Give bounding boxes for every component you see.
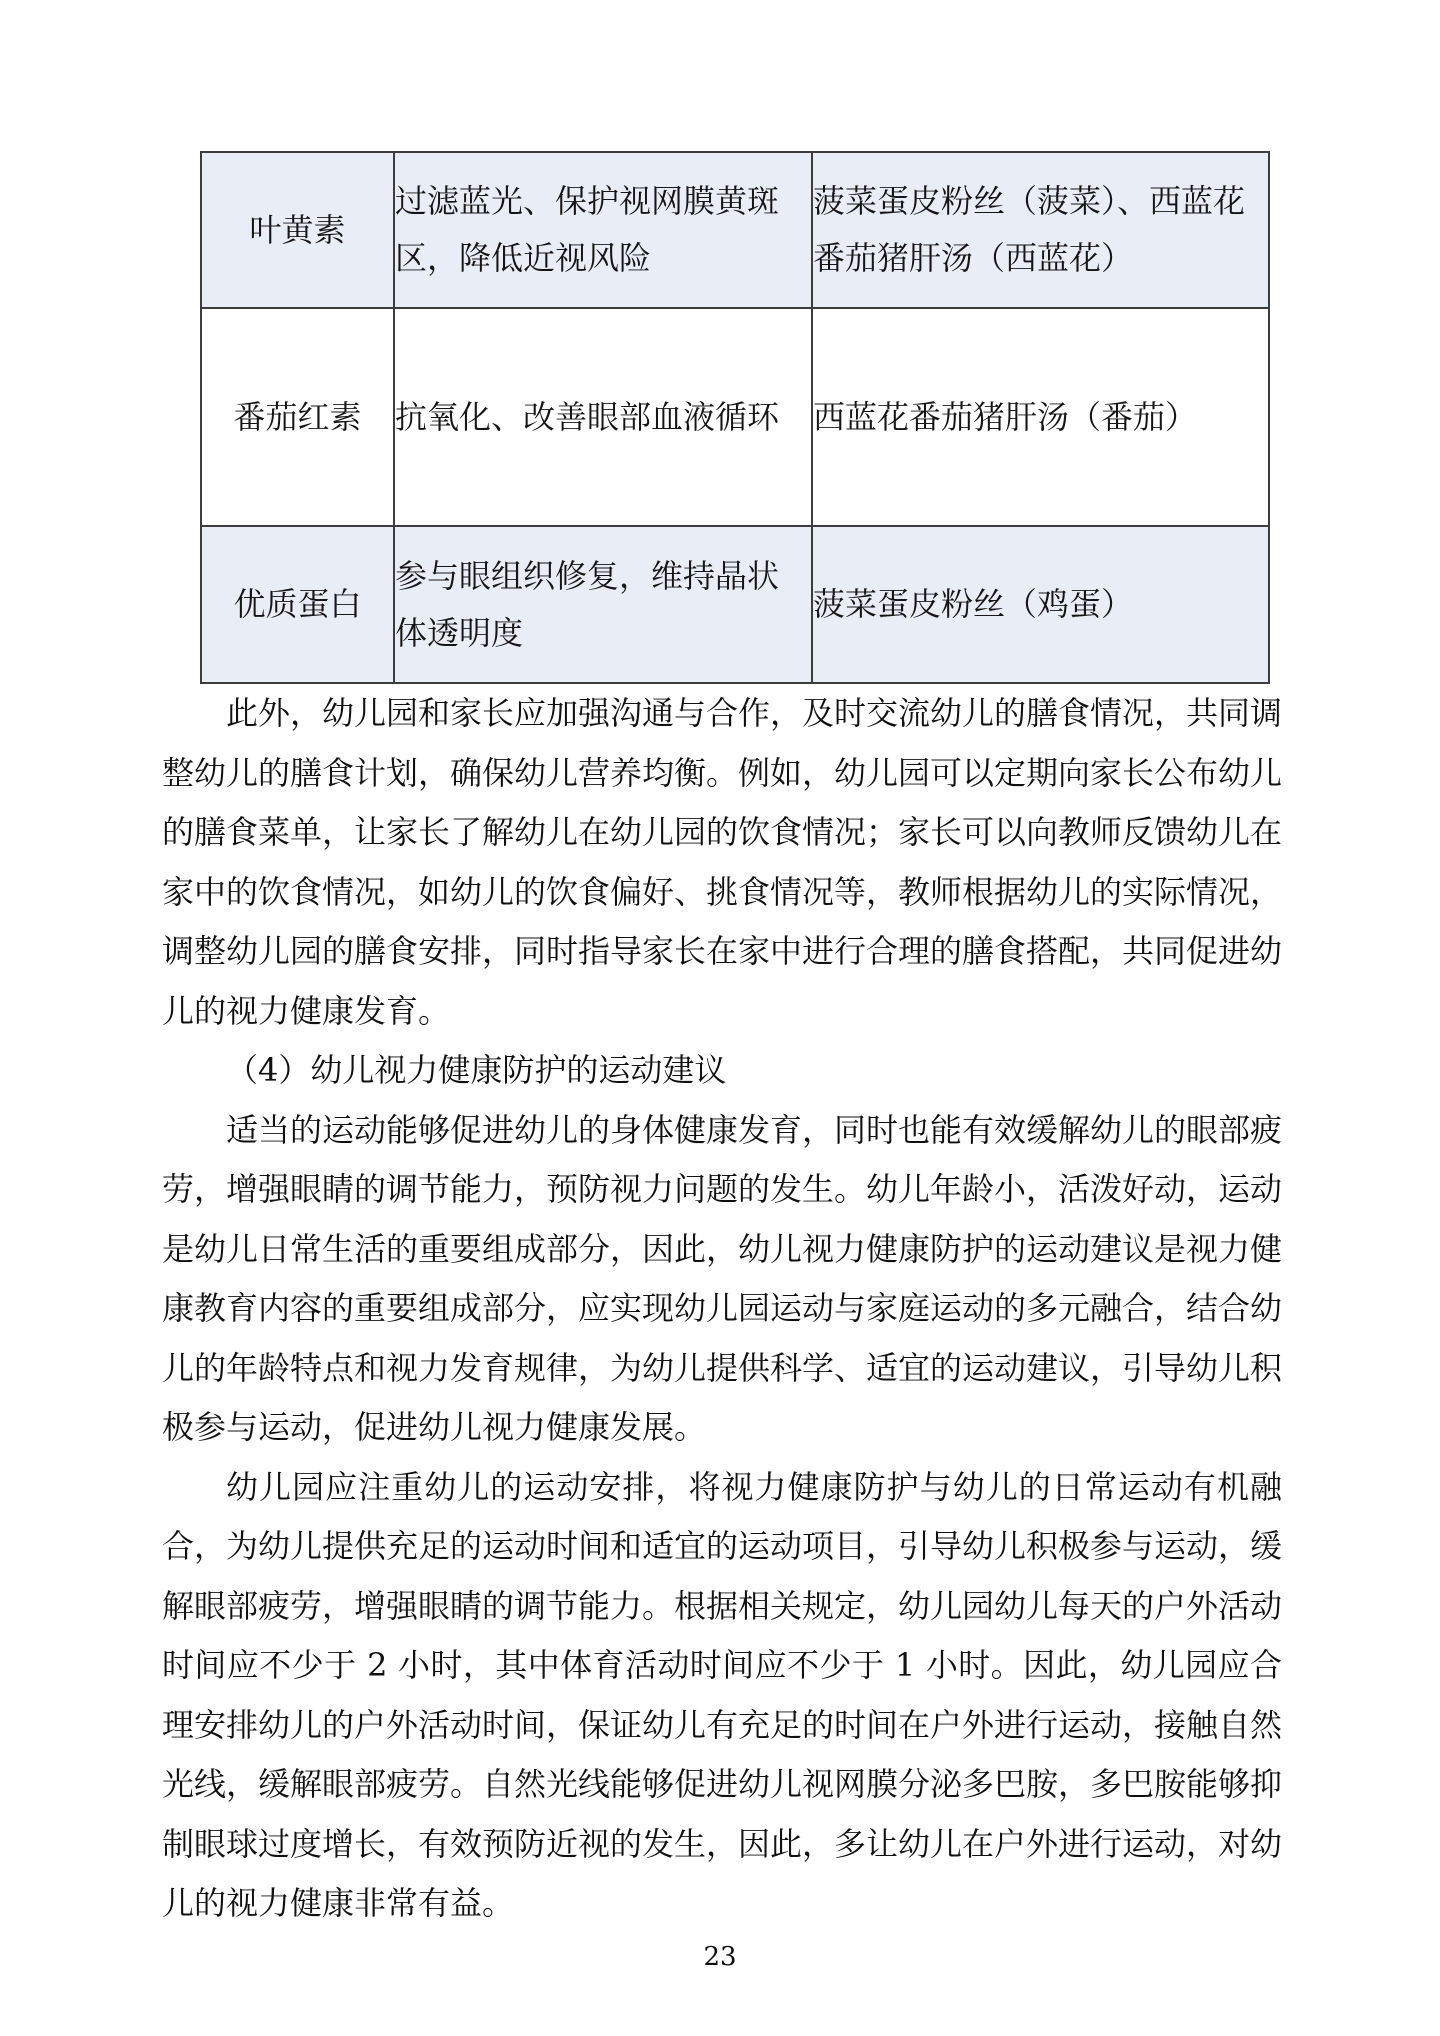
paragraph-communication: 此外，幼儿园和家长应加强沟通与合作，及时交流幼儿的膳食情况，共同调整幼儿的膳食计… xyxy=(162,684,1282,1041)
table-cell-dishes: 菠菜蛋皮粉丝（菠菜）、西蓝花 番茄猪肝汤（西蓝花） xyxy=(812,152,1269,308)
table-cell-nutrient: 叶黄素 xyxy=(201,152,394,308)
body-text: 此外，幼儿园和家长应加强沟通与合作，及时交流幼儿的膳食情况，共同调整幼儿的膳食计… xyxy=(162,684,1282,1934)
table-cell-dishes: 西蓝花番茄猪肝汤（番茄） xyxy=(812,308,1269,526)
table-cell-function: 抗氧化、改善眼部血液循环 xyxy=(394,308,812,526)
table-row: 番茄红素 抗氧化、改善眼部血液循环 西蓝花番茄猪肝汤（番茄） xyxy=(201,308,1269,526)
table-row: 优质蛋白 参与眼组织修复，维持晶状 体透明度 菠菜蛋皮粉丝（鸡蛋） xyxy=(201,526,1269,683)
section-heading-exercise-advice: （4）幼儿视力健康防护的运动建议 xyxy=(162,1041,1282,1101)
nutrition-table: 叶黄素 过滤蓝光、保护视网膜黄斑 区，降低近视风险 菠菜蛋皮粉丝（菠菜）、西蓝花… xyxy=(200,151,1270,684)
table-cell-function: 过滤蓝光、保护视网膜黄斑 区，降低近视风险 xyxy=(394,152,812,308)
table-row: 叶黄素 过滤蓝光、保护视网膜黄斑 区，降低近视风险 菠菜蛋皮粉丝（菠菜）、西蓝花… xyxy=(201,152,1269,308)
paragraph-kindergarten-arrangement: 幼儿园应注重幼儿的运动安排，将视力健康防护与幼儿的日常运动有机融合，为幼儿提供充… xyxy=(162,1458,1282,1934)
document-page: 叶黄素 过滤蓝光、保护视网膜黄斑 区，降低近视风险 菠菜蛋皮粉丝（菠菜）、西蓝花… xyxy=(0,0,1440,2036)
table-cell-nutrient: 番茄红素 xyxy=(201,308,394,526)
table-cell-dishes: 菠菜蛋皮粉丝（鸡蛋） xyxy=(812,526,1269,683)
paragraph-exercise-intro: 适当的运动能够促进幼儿的身体健康发育，同时也能有效缓解幼儿的眼部疲劳，增强眼睛的… xyxy=(162,1101,1282,1458)
table-cell-function: 参与眼组织修复，维持晶状 体透明度 xyxy=(394,526,812,683)
table-cell-nutrient: 优质蛋白 xyxy=(201,526,394,683)
page-number: 23 xyxy=(0,1942,1440,1972)
